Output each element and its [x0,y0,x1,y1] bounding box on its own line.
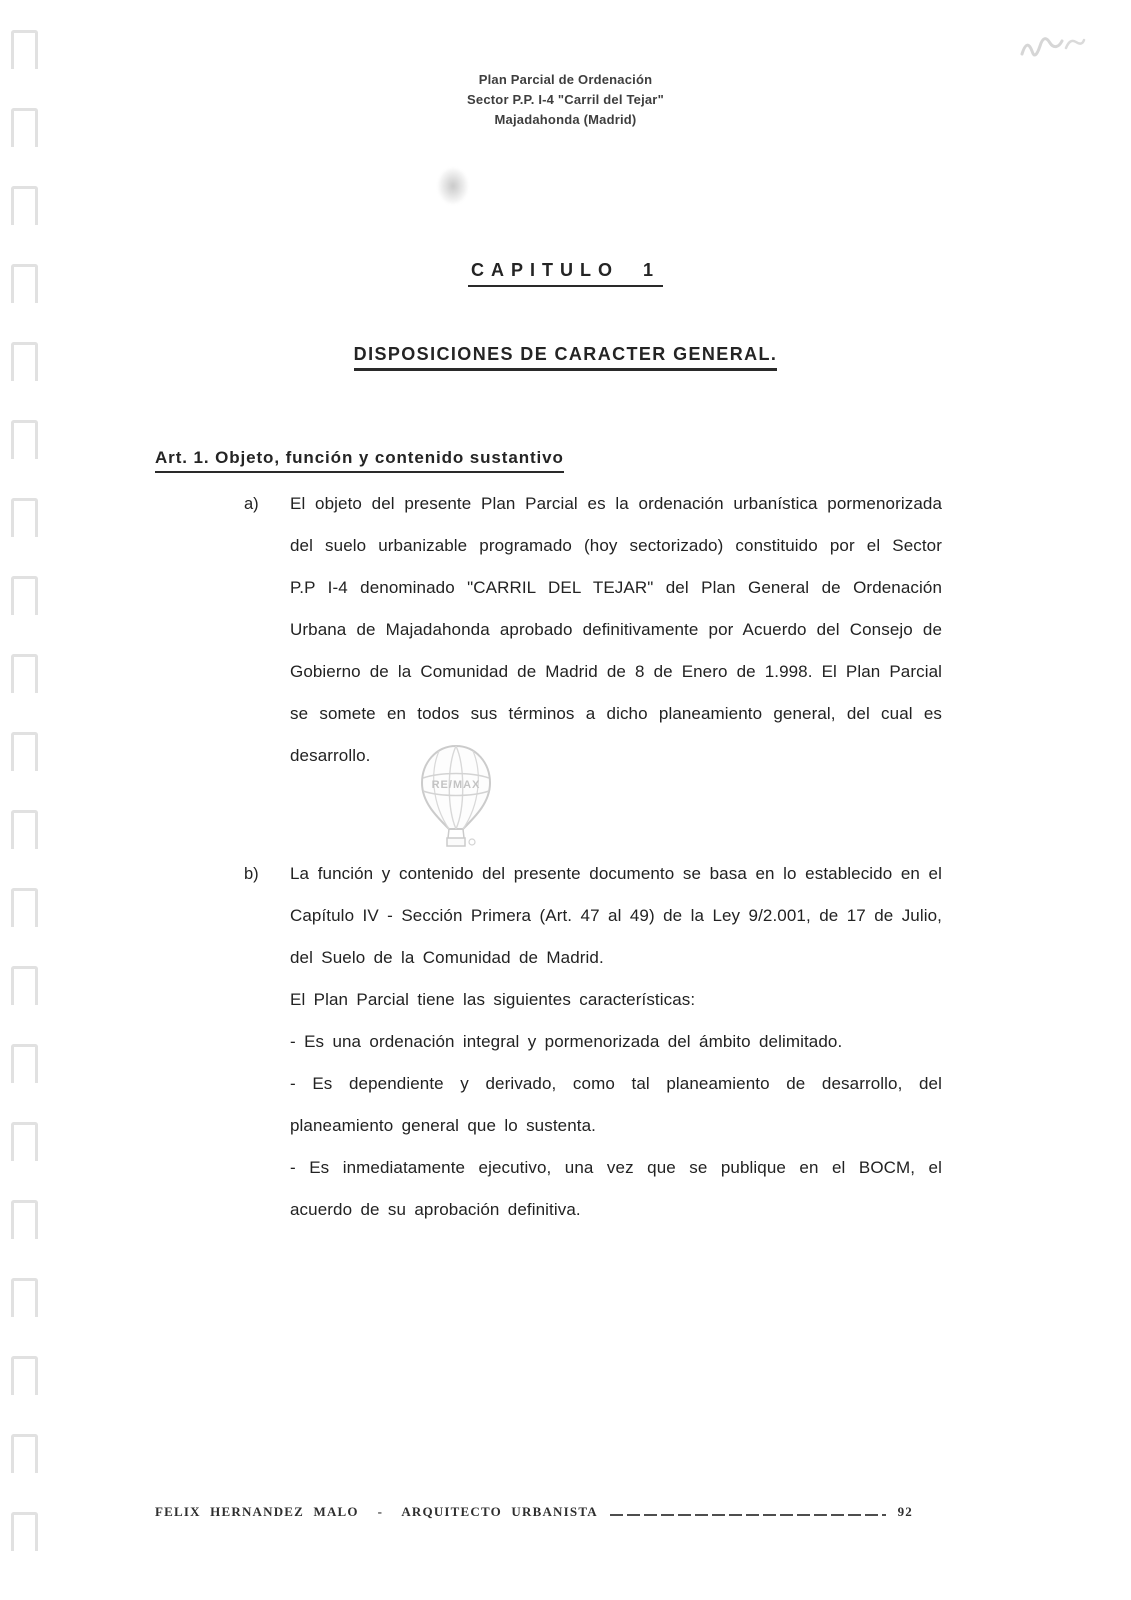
binding-hole [11,1512,38,1551]
binding-hole [11,30,38,69]
paragraph-b-label: b) [244,853,259,895]
paragraph-b: La función y contenido del presente docu… [290,853,942,1231]
chapter-heading-wrap: CAPITULO 1 [0,260,1131,287]
header-line-2: Sector P.P. I-4 "Carril del Tejar" [0,90,1131,110]
binding-hole [11,1434,38,1473]
paragraph-a-label: a) [244,483,259,525]
footer-page-number: 92 [898,1504,913,1520]
paragraph-b-block-5: - Es inmediatamente ejecutivo, una vez q… [290,1147,942,1231]
article-heading: Art. 1. Objeto, función y contenido sust… [155,448,564,473]
header-line-3: Majadahonda (Madrid) [0,110,1131,130]
binding-hole [11,888,38,927]
document-header: Plan Parcial de Ordenación Sector P.P. I… [0,70,1131,130]
header-line-1: Plan Parcial de Ordenación [0,70,1131,90]
section-heading-wrap: DISPOSICIONES DE CARACTER GENERAL. [0,344,1131,371]
binding-hole [11,1122,38,1161]
binding-hole [11,1278,38,1317]
chapter-title: CAPITULO 1 [468,260,663,287]
paragraph-b-block-1: La función y contenido del presente docu… [290,853,942,979]
footer-dash-line [610,1514,886,1516]
binding-hole [11,966,38,1005]
page-footer: FELIX HERNANDEZ MALO - ARQUITECTO URBANI… [155,1504,913,1520]
paragraph-a: El objeto del presente Plan Parcial es l… [290,483,942,777]
handwritten-mark [1014,20,1092,68]
binding-hole [11,420,38,459]
paragraph-b-block-4: - Es dependiente y derivado, como tal pl… [290,1063,942,1147]
binding-hole [11,654,38,693]
scan-smudge [438,168,468,204]
binding-hole [11,1044,38,1083]
paragraph-b-block-3: - Es una ordenación integral y pormenori… [290,1021,942,1063]
binding-hole [11,1356,38,1395]
binding-hole [11,810,38,849]
binding-hole [11,186,38,225]
section-title: DISPOSICIONES DE CARACTER GENERAL. [354,344,778,371]
scanned-document-page: Plan Parcial de Ordenación Sector P.P. I… [0,0,1131,1600]
paragraph-a-text: El objeto del presente Plan Parcial es l… [290,483,942,777]
paragraph-b-block-2: El Plan Parcial tiene las siguientes car… [290,979,942,1021]
article-heading-wrap: Art. 1. Objeto, función y contenido sust… [155,448,564,473]
binding-hole [11,732,38,771]
remax-balloon-watermark: RE/MAX [412,742,500,850]
footer-author: FELIX HERNANDEZ MALO - ARQUITECTO URBANI… [155,1504,598,1520]
watermark-label: RE/MAX [432,779,481,791]
binding-hole [11,1200,38,1239]
binding-hole [11,498,38,537]
binding-hole [11,576,38,615]
